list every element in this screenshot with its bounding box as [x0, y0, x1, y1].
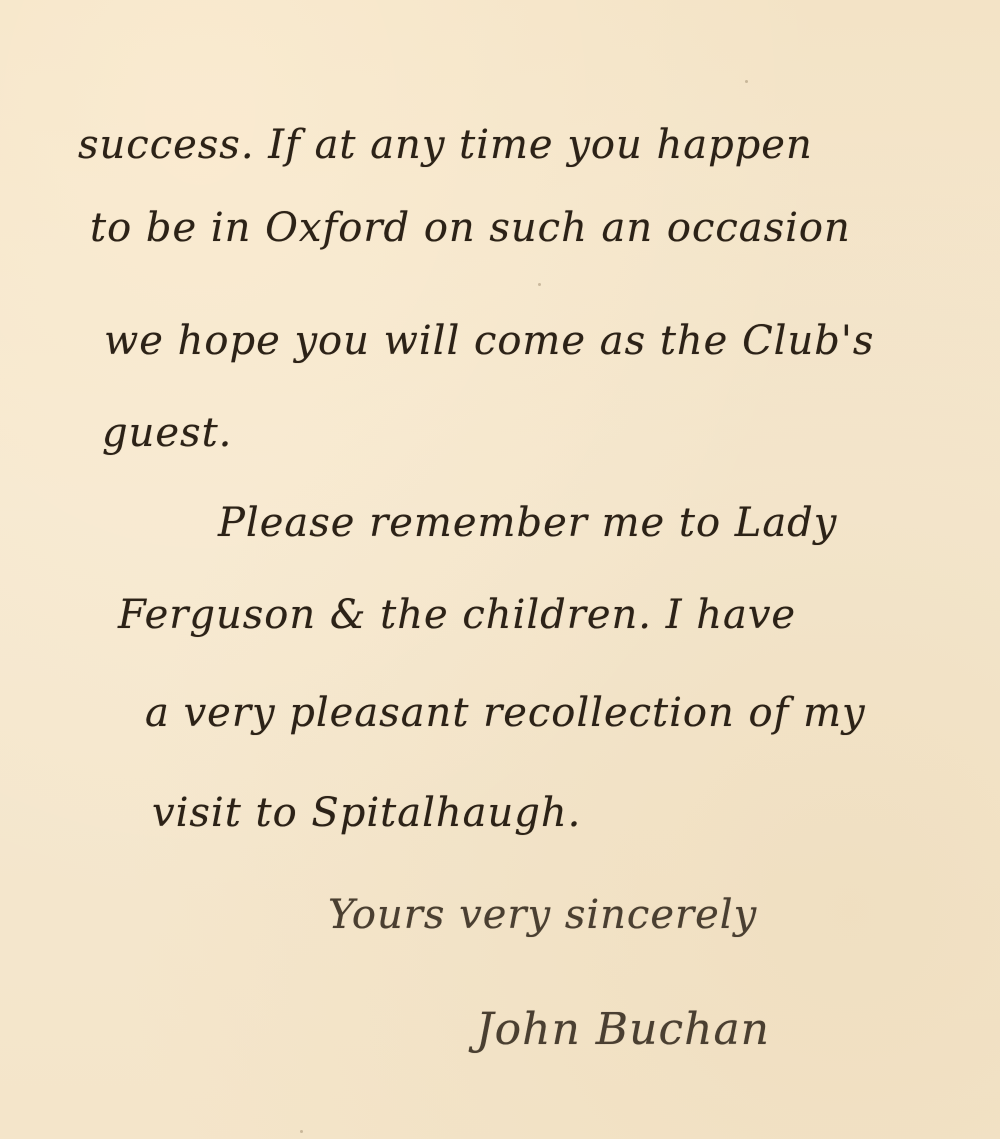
letter-signature: John Buchan: [476, 1004, 770, 1055]
paper-fleck: [300, 1130, 303, 1133]
letter-line-1: success. If at any time you happen: [78, 122, 813, 168]
letter-line-7: a very pleasant recollection of my: [145, 690, 866, 736]
letter-line-6: Ferguson & the children. I have: [118, 592, 796, 638]
letter-line-5: Please remember me to Lady: [218, 500, 837, 546]
letter-closing: Yours very sincerely: [328, 892, 757, 938]
letter-line-8: visit to Spitalhaugh.: [152, 790, 581, 836]
letter-line-3: we hope you will come as the Club's: [104, 318, 874, 364]
letter-line-4: guest.: [102, 410, 232, 456]
letter-page: success. If at any time you happen to be…: [0, 0, 1000, 1139]
paper-fleck: [538, 283, 541, 286]
paper-fleck: [745, 80, 748, 83]
letter-line-2: to be in Oxford on such an occasion: [90, 205, 851, 251]
